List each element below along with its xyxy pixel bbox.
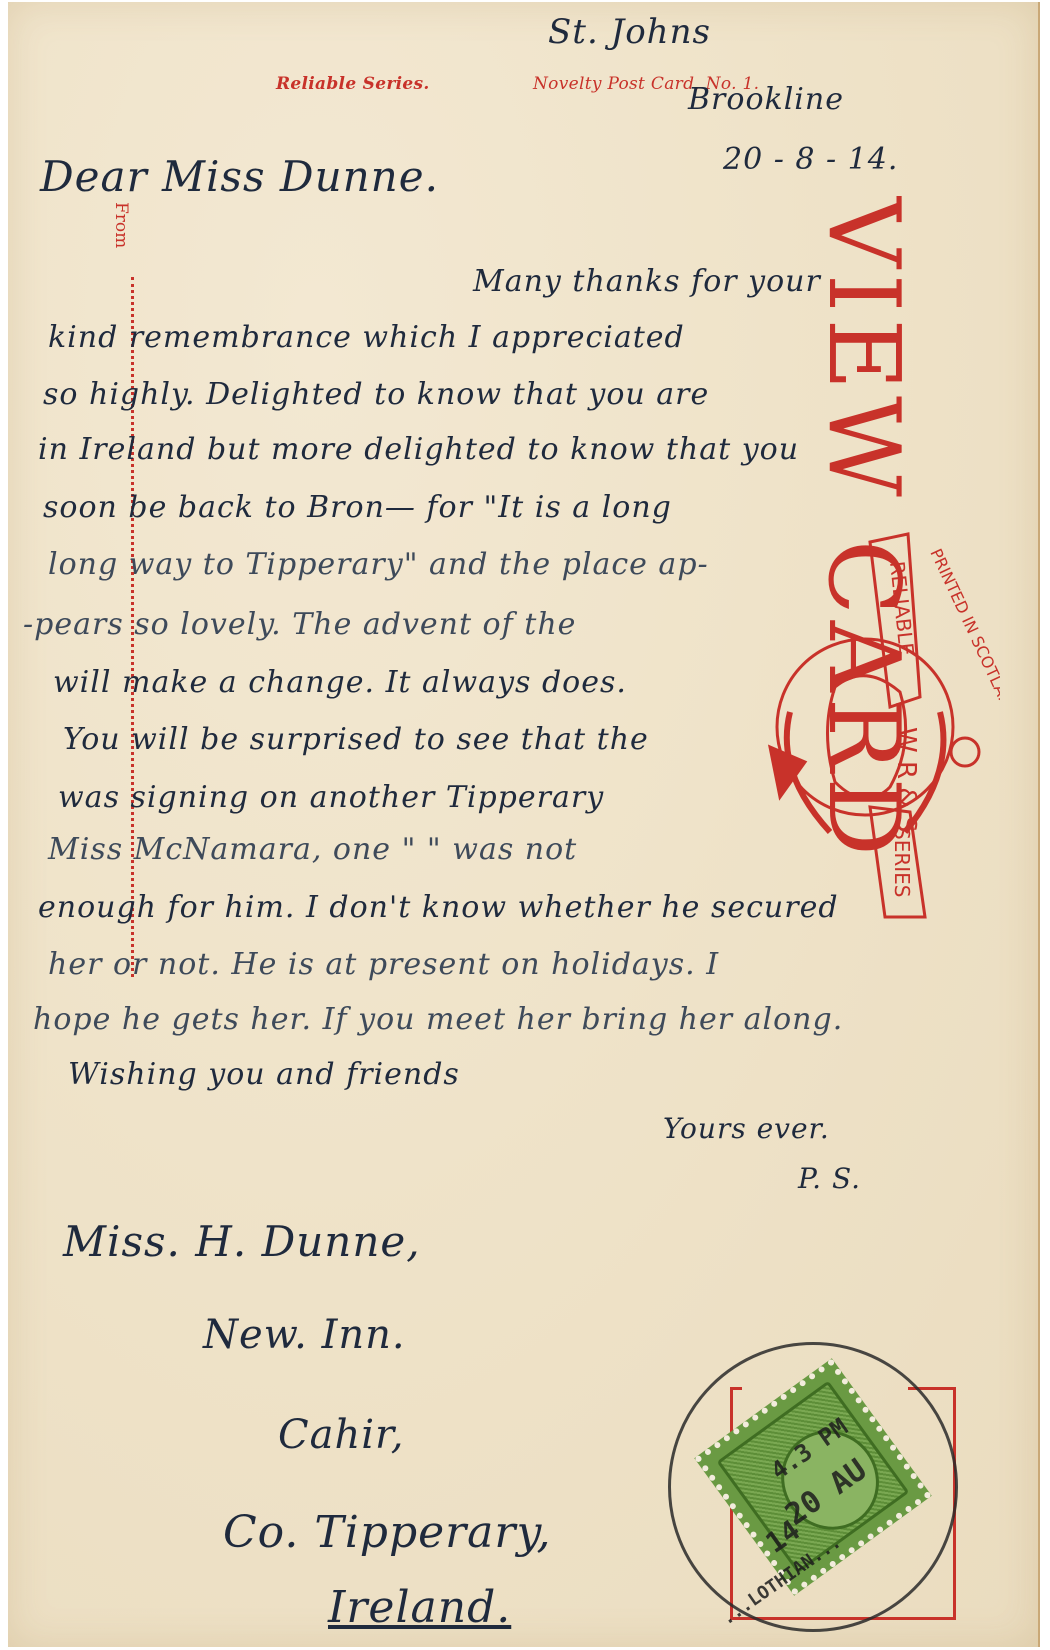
- letter-line: Many thanks for your: [473, 264, 821, 299]
- letter-line: enough for him. I don't know whether he …: [38, 890, 839, 925]
- letter-line: so highly. Delighted to know that you ar…: [43, 377, 709, 412]
- sender-address-line: St. Johns: [548, 12, 711, 52]
- letter-line: kind remembrance which I appreciated: [48, 320, 685, 355]
- from-label: From: [111, 202, 131, 248]
- letter-line: long way to Tipperary" and the place ap-: [48, 547, 709, 582]
- logo-bottom-ribbon: SERIES: [890, 827, 914, 897]
- postmark: 4.3 PM 20 AU 14 ...LOTHIAN...: [668, 1342, 958, 1632]
- salutation: Dear Miss Dunne.: [40, 152, 439, 201]
- letter-line: in Ireland but more delighted to know th…: [38, 432, 799, 467]
- printed-in-scotland: PRINTED IN SCOTLAND: [926, 546, 1000, 721]
- recipient-address-line: Co. Tipperary,: [223, 1507, 551, 1558]
- series-label: Reliable Series.: [276, 74, 430, 94]
- date: 20 - 8 - 14.: [723, 142, 898, 177]
- recipient-address-line: New. Inn.: [203, 1312, 406, 1358]
- recipient-address-line: Miss. H. Dunne,: [63, 1217, 421, 1266]
- recipient-address-line: Ireland.: [328, 1582, 511, 1633]
- letter-line: will make a change. It always does.: [53, 665, 627, 700]
- sender-address-line: Brookline: [688, 82, 844, 117]
- logo-monogram: W R & S: [891, 727, 921, 832]
- letter-line: You will be surprised to see that the: [63, 722, 649, 757]
- letter-line: soon be back to Bron— for "It is a long: [43, 490, 672, 525]
- letter-line: hope he gets her. If you meet her bring …: [33, 1002, 843, 1037]
- letter-line: -pears so lovely. The advent of the: [23, 607, 576, 642]
- postcard: Reliable Series. Novelty Post Card, No. …: [8, 2, 1040, 1647]
- letter-line: was signing on another Tipperary: [58, 780, 604, 815]
- recipient-address-line: Cahir,: [278, 1412, 404, 1458]
- letter-line: Miss McNamara, one " " was not: [48, 832, 577, 867]
- letter-line: Wishing you and friends: [68, 1057, 460, 1092]
- closing: Yours ever.: [663, 1112, 830, 1145]
- signature: P. S.: [798, 1162, 861, 1195]
- publisher-wreath-logo: RELIABLE W R & S SERIES PRINTED IN SCOTL…: [730, 512, 1000, 922]
- letter-line: her or not. He is at present on holidays…: [48, 947, 719, 982]
